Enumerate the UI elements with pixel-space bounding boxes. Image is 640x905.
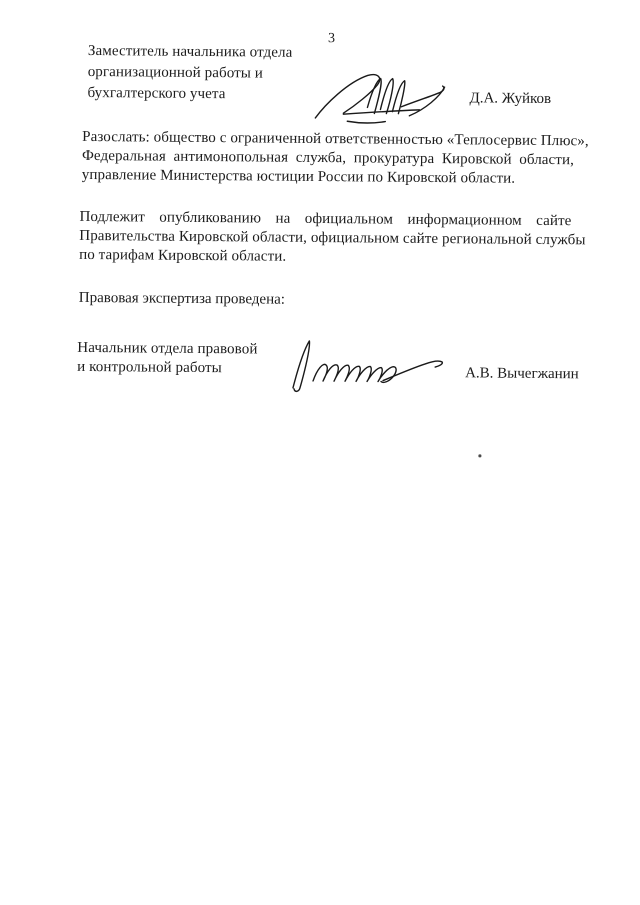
document-page: 3 Заместитель начальника отдела организа… <box>0 0 640 905</box>
scan-speck-artifact <box>478 454 481 457</box>
bottom-signer-name: А.В. Вычегжанин <box>465 365 579 383</box>
top-signer-title-block: Заместитель начальника отдела организаци… <box>87 41 323 106</box>
top-signer-title-line: бухгалтерского учета <box>87 83 322 106</box>
handwritten-signature-zhuikov <box>307 66 456 129</box>
bottom-signer-title-block: Начальник отдела правовой и контрольной … <box>77 339 312 378</box>
scanned-content: 3 Заместитель начальника отдела организа… <box>0 0 640 905</box>
top-signer-title-line: Заместитель начальника отдела <box>88 41 323 64</box>
top-signer-name: Д.А. Жуйков <box>469 90 551 108</box>
legal-review-note: Правовая экспертиза проведена: <box>79 290 285 309</box>
distribution-paragraph: Разослать: общество с ограниченной ответ… <box>82 128 574 190</box>
bottom-signer-title-line: Начальник отдела правовой <box>77 339 312 360</box>
page-number: 3 <box>328 31 335 47</box>
handwritten-signature-vychegzhanin <box>285 338 455 395</box>
publication-line: по тарифам Кировской области. <box>79 246 571 269</box>
top-signer-title-line: организационной работы и <box>88 62 323 85</box>
distribution-line: управление Министерства юстиции России п… <box>82 166 574 189</box>
bottom-signer-title-line: и контрольной работы <box>77 357 312 378</box>
publication-paragraph: Подлежит опубликованию на официальном ин… <box>79 208 571 270</box>
